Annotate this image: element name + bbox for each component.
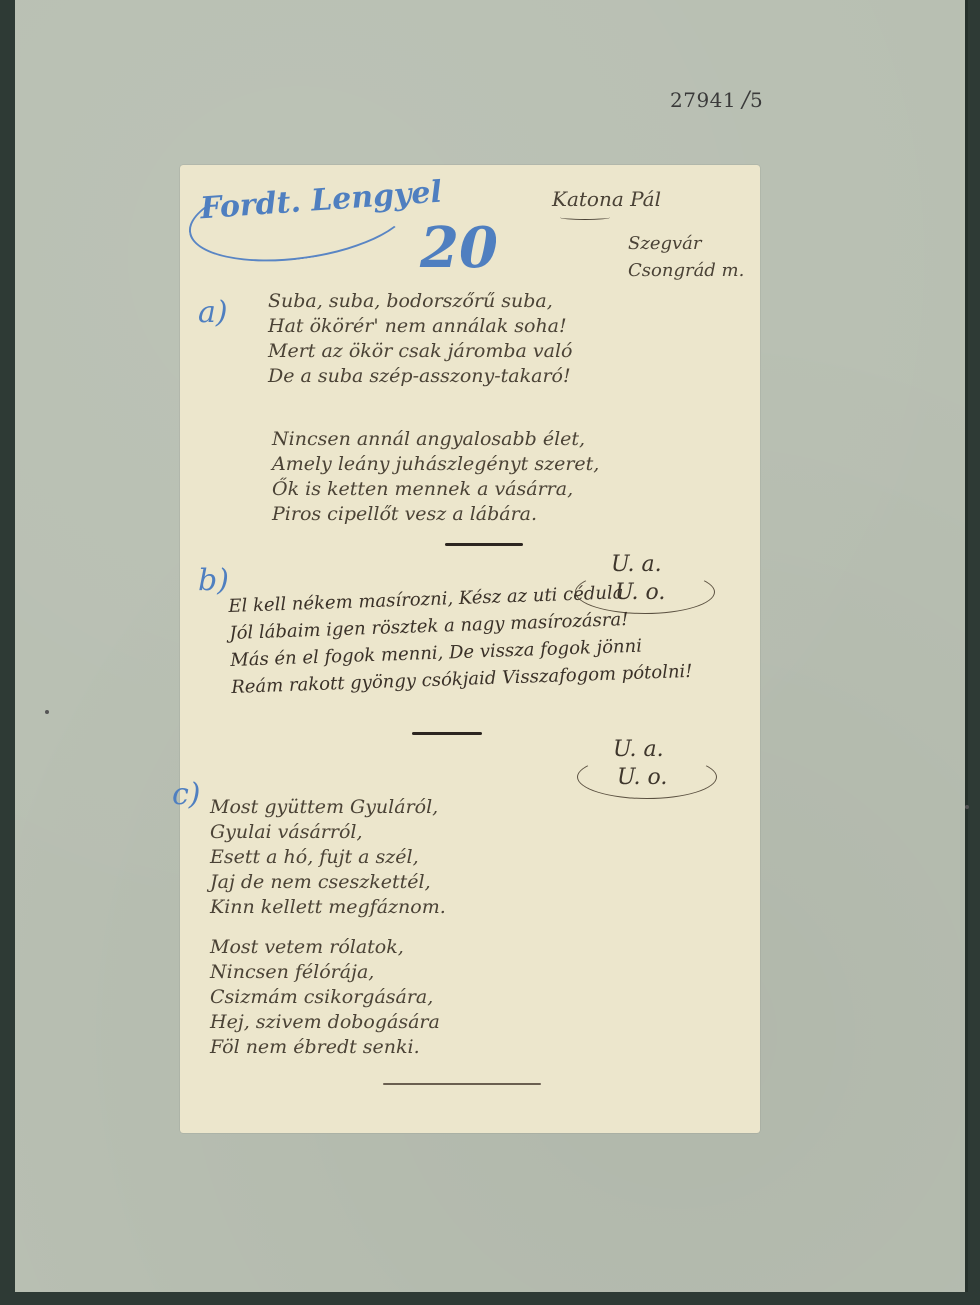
verse-line: Nincsen félórája, (210, 960, 440, 985)
section-a-stanza-1: Suba, suba, bodorszőrű suba, Hat ökörér'… (268, 289, 572, 389)
verse-line: Kinn kellett megfáznom. (210, 895, 446, 920)
verse-line: Esett a hó, fujt a szél, (210, 845, 446, 870)
collector-name: Katona Pál (552, 187, 661, 211)
verse-line: Jaj de nem cseszkettél, (210, 870, 446, 895)
verse-line: Hej, szivem dobogására (210, 1010, 440, 1035)
catalog-number-suffix: 5 (750, 88, 763, 112)
section-label-c: c) (172, 777, 201, 812)
section-a-stanza-2: Nincsen annál angyalosabb élet, Amely le… (272, 427, 599, 527)
source-note-b: U. a. U. o. (577, 745, 717, 801)
verse-line: Nincsen annál angyalosabb élet, (272, 427, 599, 452)
verse-line: Suba, suba, bodorszőrű suba, (268, 289, 572, 314)
page-number: 20 (420, 215, 498, 281)
catalog-number-value: 27941 (670, 88, 736, 112)
place-line-2: Csongrád m. (628, 260, 744, 281)
catalog-slash: / (742, 88, 750, 113)
section-divider (445, 543, 523, 546)
speck (45, 710, 49, 714)
verse-line: Piros cipellőt vesz a lábára. (272, 502, 599, 527)
section-c-stanza-2: Most vetem rólatok, Nincsen félórája, Cs… (210, 935, 440, 1060)
verse-line: Mert az ökör csak járomba való (268, 339, 572, 364)
verse-line: Föl nem ébredt senki. (210, 1035, 440, 1060)
verse-line: Amely leány juhászlegényt szeret, (272, 452, 599, 477)
manuscript-card: Fordt. Lengyel 20 Katona Pál Szegvár Cso… (180, 165, 760, 1133)
speck (965, 805, 969, 809)
verse-line: Most vetem rólatok, (210, 935, 440, 960)
section-b-verse: El kell nékem masírozni, Kész az uti céd… (228, 577, 693, 701)
source-note-line-2: U. o. (617, 765, 667, 790)
verse-line: Gyulai vásárról, (210, 820, 446, 845)
place-line-1: Szegvár (628, 233, 702, 254)
section-divider (412, 732, 482, 735)
catalog-number: 27941/5 (670, 88, 763, 113)
verse-line: Csizmám csikorgására, (210, 985, 440, 1010)
source-note-line-1: U. a. (613, 737, 664, 762)
collector-underline (560, 215, 610, 220)
verse-line: De a suba szép-asszony-takaró! (268, 364, 572, 389)
section-divider (383, 1083, 541, 1085)
source-note-line-1: U. a. (611, 552, 662, 577)
section-label-a: a) (198, 295, 228, 330)
section-c-stanza-1: Most gyüttem Gyuláról, Gyulai vásárról, … (210, 795, 446, 920)
verse-line: Ők is ketten mennek a vásárra, (272, 477, 599, 502)
verse-line: Hat ökörér' nem annálak soha! (268, 314, 572, 339)
verse-line: Most gyüttem Gyuláról, (210, 795, 446, 820)
section-label-b: b) (198, 563, 229, 598)
